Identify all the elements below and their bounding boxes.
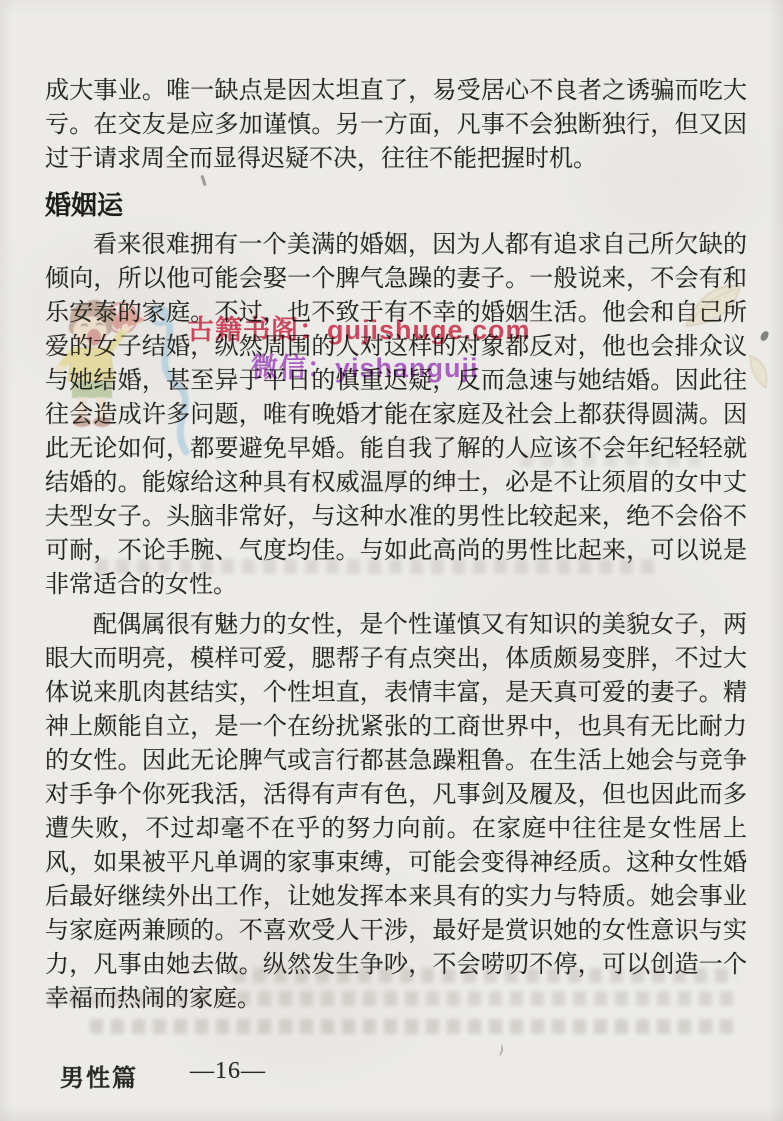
intro-paragraph: 成大事业。唯一缺点是因太坦直了，易受居心不良者之诱骗而吃大亏。在交友是应多加谨慎…: [45, 74, 747, 176]
page-body: 成大事业。唯一缺点是因太坦直了，易受居心不良者之诱骗而吃大亏。在交友是应多加谨慎…: [45, 74, 747, 1016]
scanned-book-page: 成大事业。唯一缺点是因太坦直了，易受居心不良者之诱骗而吃大亏。在交友是应多加谨慎…: [0, 0, 783, 1121]
watermark-wechat-line: 微信：yishanguji: [251, 346, 479, 385]
section-paragraph-1: 看来很难拥有一个美满的婚姻，因为人都有追求自己所欠缺的倾向，所以他可能会娶一个脾…: [45, 228, 747, 602]
section-paragraph-2: 配偶属很有魅力的女性，是个性谨慎又有知识的美貌女子，两眼大而明亮，模样可爱，腮帮…: [45, 608, 747, 1016]
bleed-through-text-smudge: [90, 1019, 738, 1034]
footer-section-label: 男性篇: [60, 1058, 138, 1093]
watermark-site-line: 古籍书阁：gujishuge.com: [187, 308, 531, 347]
ink-speck: [496, 1044, 504, 1057]
page-footer: 男性篇 —16—: [60, 1058, 266, 1093]
marriage-luck-heading: 婚姻运: [45, 190, 747, 222]
footer-page-number: —16—: [190, 1058, 266, 1093]
